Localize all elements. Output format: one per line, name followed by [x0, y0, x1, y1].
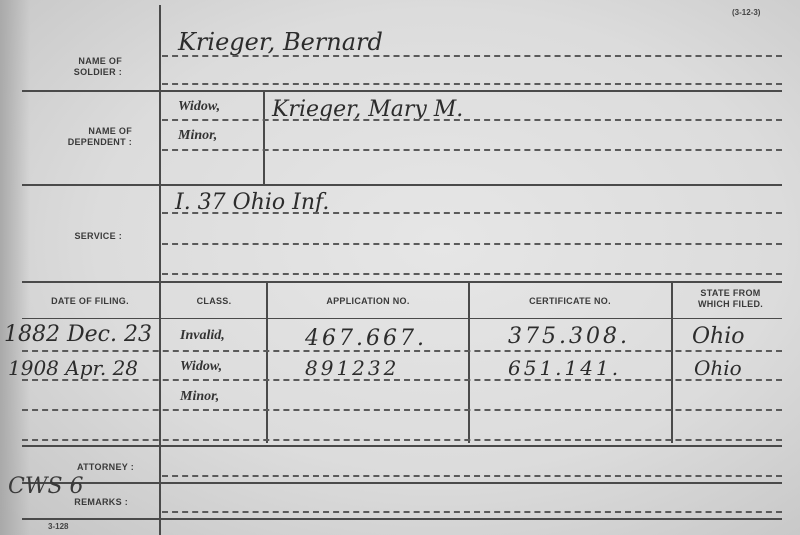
state-filed: Ohio [692, 324, 745, 349]
soldier-name: Krieger, Bernard [178, 28, 383, 56]
attorney-rule [162, 475, 782, 477]
filing-class: Invalid, [180, 328, 225, 344]
section-divider [22, 281, 782, 283]
application-number: 467.667. [305, 326, 427, 351]
dependent-label: NAME OFDEPENDENT : [30, 126, 132, 148]
section-divider [22, 184, 782, 186]
rule [22, 439, 782, 441]
soldier-label: NAME OFSOLDIER : [30, 56, 122, 78]
label-column-divider [159, 5, 161, 535]
certificate-number: 651.141. [508, 356, 621, 380]
remarks-rule [162, 511, 782, 513]
form-code: (3-12-3) [732, 8, 760, 17]
rule [22, 379, 782, 381]
rule [22, 409, 782, 411]
section-divider [22, 518, 782, 520]
rule [22, 350, 782, 352]
footer-code: 3-128 [48, 522, 68, 531]
filing-class: Minor, [180, 389, 219, 405]
filing-date: 1908 Apr. 28 [8, 356, 138, 380]
column-divider [266, 283, 268, 443]
certificate-number: 375.308. [508, 324, 630, 349]
section-divider [22, 482, 782, 484]
class-header: CLASS. [162, 296, 266, 307]
dependent-widow-label: Widow, [178, 99, 220, 115]
column-divider [468, 283, 470, 443]
date-of-filing-header: DATE OF FILING. [25, 296, 155, 307]
filing-class: Widow, [180, 359, 222, 375]
rule [22, 318, 782, 319]
rule [162, 83, 782, 85]
section-divider [22, 445, 782, 447]
rule [162, 243, 782, 245]
rule [162, 119, 782, 121]
pension-index-card: (3-12-3) NAME OFSOLDIER : Krieger, Berna… [0, 0, 800, 535]
rule [162, 55, 782, 57]
attorney-label: ATTORNEY : [30, 462, 134, 473]
margin-stamp: CWS 6 [8, 474, 84, 499]
rule [162, 273, 782, 275]
application-no-header: APPLICATION NO. [268, 296, 468, 307]
filing-date: 1882 Dec. 23 [4, 322, 152, 347]
rule [162, 149, 782, 151]
remarks-label: REMARKS : [30, 497, 128, 508]
state-header: STATE FROMWHICH FILED. [673, 288, 788, 310]
section-divider [22, 90, 782, 92]
certificate-no-header: CERTIFICATE NO. [470, 296, 670, 307]
dependent-minor-label: Minor, [178, 128, 217, 144]
application-number: 891232 [305, 356, 399, 380]
service-label: SERVICE : [30, 231, 122, 242]
dependent-type-divider [263, 92, 265, 184]
state-filed: Ohio [694, 356, 742, 380]
rule [162, 212, 782, 214]
